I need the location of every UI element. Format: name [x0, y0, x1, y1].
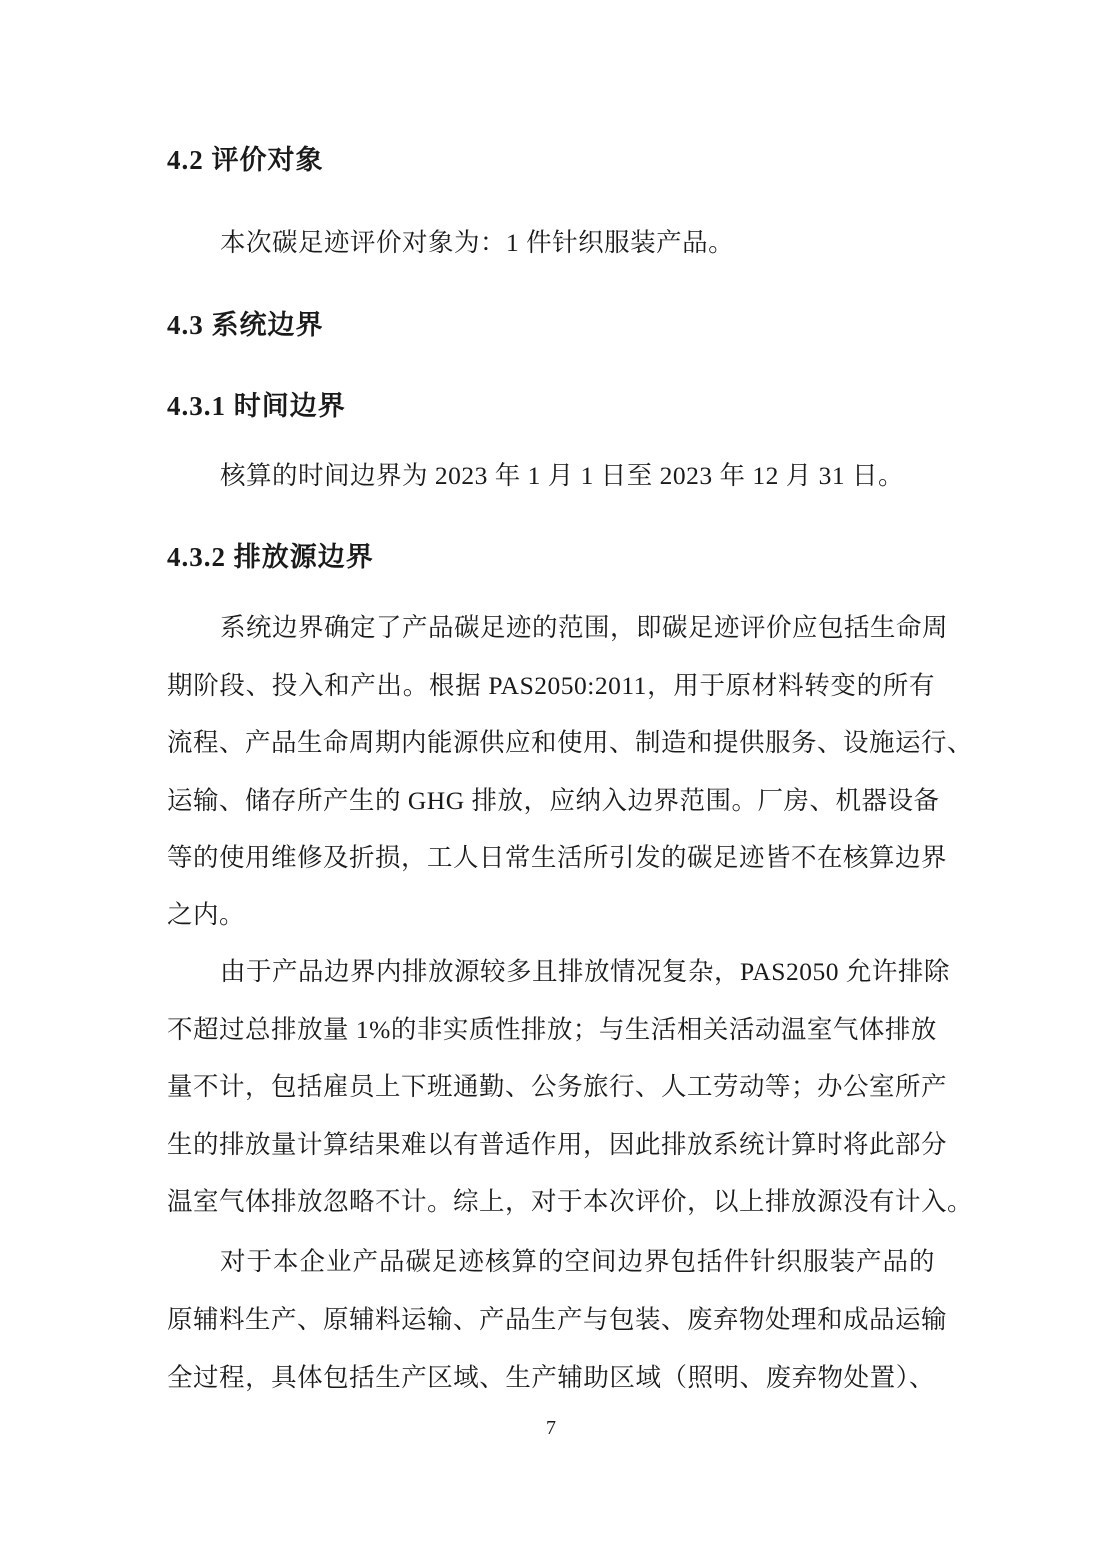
paragraph-2-line: 不超过总排放量 1%的非实质性排放；与生活相关活动温室气体排放: [167, 1012, 935, 1048]
paragraph-2-line: 温室气体排放忽略不计。综上，对于本次评价，以上排放源没有计入。: [167, 1184, 935, 1220]
paragraph-3-line: 原辅料生产、原辅料运输、产品生产与包装、废弃物处理和成品运输: [167, 1302, 935, 1338]
section-heading-4-3: 4.3 系统边界: [167, 305, 324, 345]
paragraph-1-line: 系统边界确定了产品碳足迹的范围，即碳足迹评价应包括生命周: [220, 610, 935, 646]
page-number: 7: [0, 1414, 1102, 1442]
document-page: 4.2 评价对象 本次碳足迹评价对象为：1 件针织服装产品。 4.3 系统边界 …: [0, 0, 1102, 1559]
section-heading-4-2: 4.2 评价对象: [167, 140, 324, 180]
paragraph-3-line: 全过程，具体包括生产区域、生产辅助区域（照明、废弃物处置）、: [167, 1360, 935, 1396]
paragraph-2-line: 由于产品边界内排放源较多且排放情况复杂，PAS2050 允许排除: [220, 954, 935, 990]
paragraph-1-line: 之内。: [167, 897, 935, 933]
paragraph-1-line: 等的使用维修及折损，工人日常生活所引发的碳足迹皆不在核算边界: [167, 840, 935, 876]
paragraph-2-line: 量不计，包括雇员上下班通勤、公务旅行、人工劳动等；办公室所产: [167, 1069, 935, 1105]
section-heading-4-3-1: 4.3.1 时间边界: [167, 386, 346, 426]
time-boundary-text: 核算的时间边界为 2023 年 1 月 1 日至 2023 年 12 月 31 …: [220, 458, 935, 494]
paragraph-2-line: 生的排放量计算结果难以有普适作用，因此排放系统计算时将此部分: [167, 1127, 935, 1163]
paragraph-1-line: 流程、产品生命周期内能源供应和使用、制造和提供服务、设施运行、: [167, 725, 935, 761]
evaluation-object-text: 本次碳足迹评价对象为：1 件针织服装产品。: [220, 225, 935, 261]
paragraph-3-line: 对于本企业产品碳足迹核算的空间边界包括件针织服装产品的: [220, 1244, 935, 1280]
section-heading-4-3-2: 4.3.2 排放源边界: [167, 537, 374, 577]
paragraph-1-line: 期阶段、投入和产出。根据 PAS2050:2011，用于原材料转变的所有: [167, 668, 935, 704]
paragraph-1-line: 运输、储存所产生的 GHG 排放，应纳入边界范围。厂房、机器设备: [167, 783, 935, 819]
